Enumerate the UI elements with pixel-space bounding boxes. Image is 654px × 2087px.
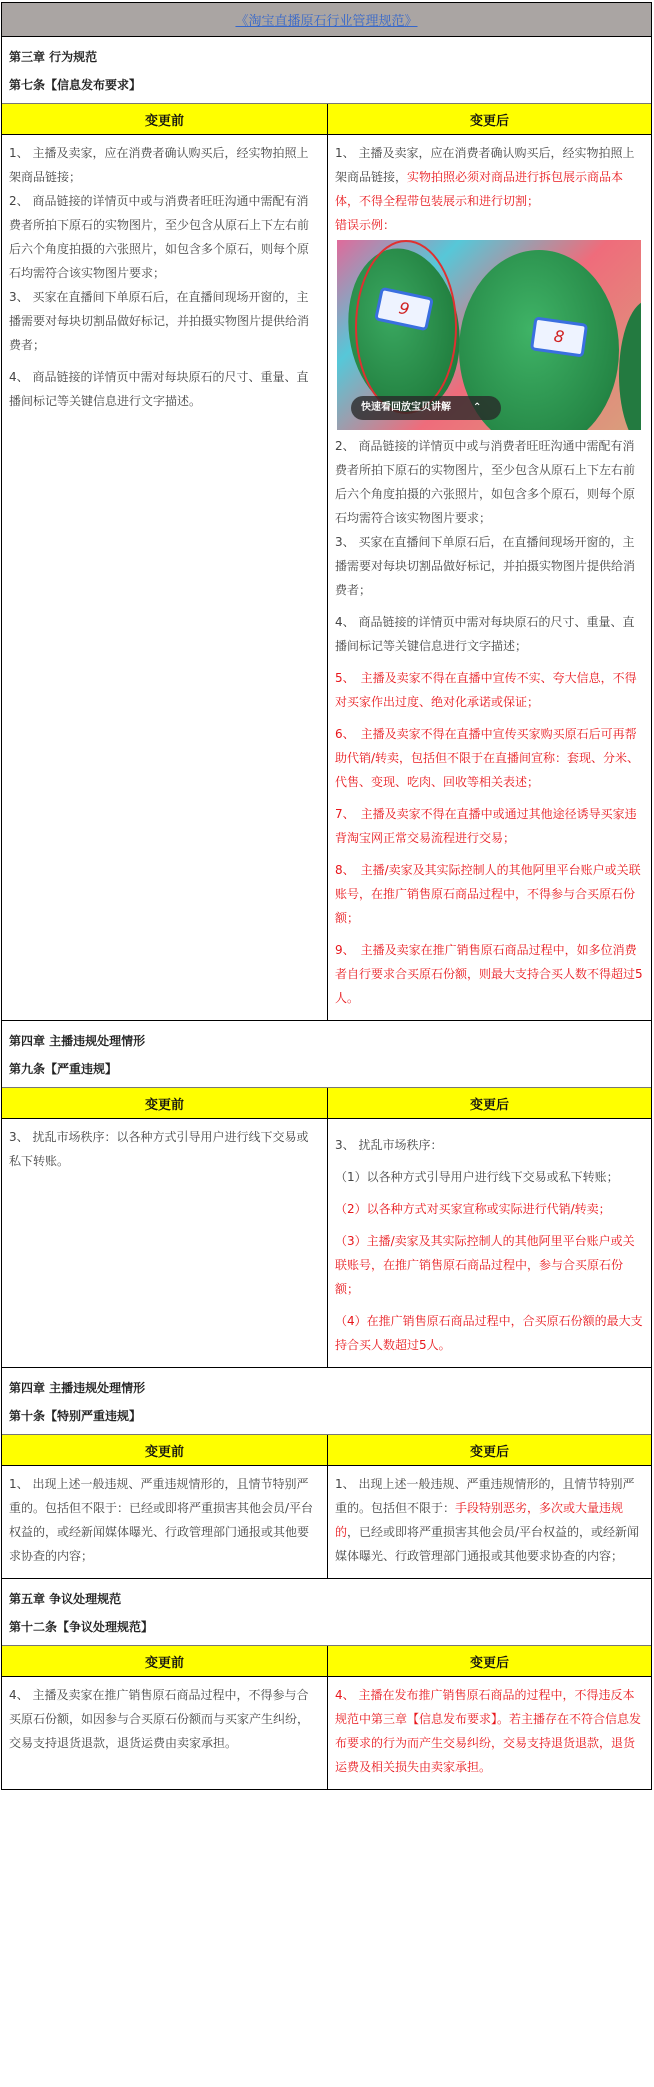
before-column-header: 变更前 — [2, 1435, 328, 1466]
section-header: 第四章 主播违规处理情形 第九条【严重违规】 — [2, 1021, 651, 1088]
before-item: 1、 出现上述一般违规、严重违规情形的，且情节特别严重的。包括但不限于：已经或即… — [9, 1472, 320, 1568]
after-sub-4: （4）在推广销售原石商品过程中，合买原石份额的最大支持合买人数超过5人。 — [335, 1309, 644, 1357]
chapter-title: 第四章 主播违规处理情形 — [9, 1027, 644, 1055]
chapter-title: 第五章 争议处理规范 — [9, 1585, 644, 1613]
error-example-photo: 9 8 快速看回放宝贝讲解 ⌃ — [337, 240, 641, 430]
section-header: 第五章 争议处理规范 第十二条【争议处理规范】 — [2, 1579, 651, 1646]
section-header: 第三章 行为规范 第七条【信息发布要求】 — [2, 37, 651, 104]
article-title: 第十条【特别严重违规】 — [9, 1402, 644, 1430]
after-item: 4、 主播在发布推广销售原石商品的过程中，不得违反本规范中第三章【信息发布要求】… — [335, 1683, 644, 1779]
chevron-up-icon: ⌃ — [473, 396, 481, 420]
regulation-title-link[interactable]: 《淘宝直播原石行业管理规范》 — [235, 10, 417, 29]
after-item-9: 9、 主播及卖家在推广销售原石商品过程中，如多位消费者自行要求合买原石份额，则最… — [335, 938, 644, 1010]
comparison-row: 1、 主播及卖家，应在消费者确认购买后，经实物拍照上架商品链接； 2、 商品链接… — [2, 135, 651, 1021]
after-column-header: 变更后 — [328, 104, 651, 135]
before-item: 3、 扰乱市场秩序：以各种方式引导用户进行线下交易或私下转账。 — [9, 1125, 320, 1173]
column-header-row: 变更前 变更后 — [2, 1435, 651, 1466]
column-header-row: 变更前 变更后 — [2, 1088, 651, 1119]
after-item-3: 3、 买家在直播间下单原石后，在直播间现场开窗的，主播需要对每块切割品做好标记，… — [335, 530, 644, 602]
before-item: 1、 主播及卖家，应在消费者确认购买后，经实物拍照上架商品链接； — [9, 141, 320, 189]
after-text: ，已经或即将严重损害其他会员/平台权益的，或经新闻媒体曝光、行政管理部门通报或其… — [335, 1525, 639, 1563]
before-item: 2、 商品链接的详情页中或与消费者旺旺沟通中需配有消费者所拍下原石的实物图片，至… — [9, 189, 320, 285]
before-column-header: 变更前 — [2, 1088, 328, 1119]
after-item-7: 7、 主播及卖家不得在直播中或通过其他途径诱导买家违背淘宝网正常交易流程进行交易… — [335, 802, 644, 850]
section-header: 第四章 主播违规处理情形 第十条【特别严重违规】 — [2, 1368, 651, 1435]
after-item-1: 1、 主播及卖家，应在消费者确认购买后，经实物拍照上架商品链接，实物拍照必须对商… — [335, 141, 644, 213]
article-title: 第七条【信息发布要求】 — [9, 71, 644, 99]
column-header-row: 变更前 变更后 — [2, 1646, 651, 1677]
after-item: 1、 出现上述一般违规、严重违规情形的，且情节特别严重的。包括但不限于：手段特别… — [335, 1472, 644, 1568]
comparison-row: 3、 扰乱市场秩序：以各种方式引导用户进行线下交易或私下转账。 3、 扰乱市场秩… — [2, 1119, 651, 1368]
before-cell: 4、 主播及卖家在推广销售原石商品过程中，不得参与合买原石份额，如因参与合买原石… — [2, 1677, 328, 1789]
before-cell: 3、 扰乱市场秩序：以各种方式引导用户进行线下交易或私下转账。 — [2, 1119, 328, 1367]
after-cell: 1、 出现上述一般违规、严重违规情形的，且情节特别严重的。包括但不限于：手段特别… — [328, 1466, 651, 1578]
after-column-header: 变更后 — [328, 1088, 651, 1119]
replay-overlay-text: 快速看回放宝贝讲解 — [361, 396, 451, 420]
before-item: 4、 商品链接的详情页中需对每块原石的尺寸、重量、直播间标记等关键信息进行文字描… — [9, 365, 320, 413]
stone-tag-right: 8 — [530, 316, 588, 357]
regulation-comparison-document: 《淘宝直播原石行业管理规范》 第三章 行为规范 第七条【信息发布要求】 变更前 … — [1, 2, 652, 1790]
replay-overlay-pill: 快速看回放宝贝讲解 ⌃ — [351, 396, 501, 420]
after-cell: 1、 主播及卖家，应在消费者确认购买后，经实物拍照上架商品链接，实物拍照必须对商… — [328, 135, 651, 1020]
before-cell: 1、 出现上述一般违规、严重违规情形的，且情节特别严重的。包括但不限于：已经或即… — [2, 1466, 328, 1578]
before-cell: 1、 主播及卖家，应在消费者确认购买后，经实物拍照上架商品链接； 2、 商品链接… — [2, 135, 328, 1020]
comparison-row: 1、 出现上述一般违规、严重违规情形的，且情节特别严重的。包括但不限于：已经或即… — [2, 1466, 651, 1579]
article-title: 第十二条【争议处理规范】 — [9, 1613, 644, 1641]
before-column-header: 变更前 — [2, 1646, 328, 1677]
error-example-label: 错误示例： — [335, 213, 644, 237]
after-item-5: 5、 主播及卖家不得在直播中宣传不实、夸大信息，不得对买家作出过度、绝对化承诺或… — [335, 666, 644, 714]
after-item-4: 4、 商品链接的详情页中需对每块原石的尺寸、重量、直播间标记等关键信息进行文字描… — [335, 610, 644, 658]
chapter-title: 第四章 主播违规处理情形 — [9, 1374, 644, 1402]
after-item-8: 8、 主播/卖家及其实际控制人的其他阿里平台账户或关联账号，在推广销售原石商品过… — [335, 858, 644, 930]
after-item-2: 2、 商品链接的详情页中或与消费者旺旺沟通中需配有消费者所拍下原石的实物图片，至… — [335, 434, 644, 530]
after-item-6: 6、 主播及卖家不得在直播中宣传买家购买原石后可再帮助代销/转卖，包括但不限于在… — [335, 722, 644, 794]
before-column-header: 变更前 — [2, 104, 328, 135]
after-sub-2: （2）以各种方式对买家宣称或实际进行代销/转卖； — [335, 1197, 644, 1221]
before-item: 3、 买家在直播间下单原石后，在直播间现场开窗的，主播需要对每块切割品做好标记，… — [9, 285, 320, 357]
after-intro: 3、 扰乱市场秩序： — [335, 1133, 644, 1157]
after-cell: 4、 主播在发布推广销售原石商品的过程中，不得违反本规范中第三章【信息发布要求】… — [328, 1677, 651, 1789]
title-bar: 《淘宝直播原石行业管理规范》 — [2, 3, 651, 37]
chapter-title: 第三章 行为规范 — [9, 43, 644, 71]
column-header-row: 变更前 变更后 — [2, 104, 651, 135]
after-sub-1: （1）以各种方式引导用户进行线下交易或私下转账； — [335, 1165, 644, 1189]
after-column-header: 变更后 — [328, 1435, 651, 1466]
before-item: 4、 主播及卖家在推广销售原石商品过程中，不得参与合买原石份额，如因参与合买原石… — [9, 1683, 320, 1755]
article-title: 第九条【严重违规】 — [9, 1055, 644, 1083]
after-sub-3: （3）主播/卖家及其实际控制人的其他阿里平台账户或关联账号，在推广销售原石商品过… — [335, 1229, 644, 1301]
after-column-header: 变更后 — [328, 1646, 651, 1677]
after-cell: 3、 扰乱市场秩序： （1）以各种方式引导用户进行线下交易或私下转账； （2）以… — [328, 1119, 651, 1367]
comparison-row: 4、 主播及卖家在推广销售原石商品过程中，不得参与合买原石份额，如因参与合买原石… — [2, 1677, 651, 1789]
